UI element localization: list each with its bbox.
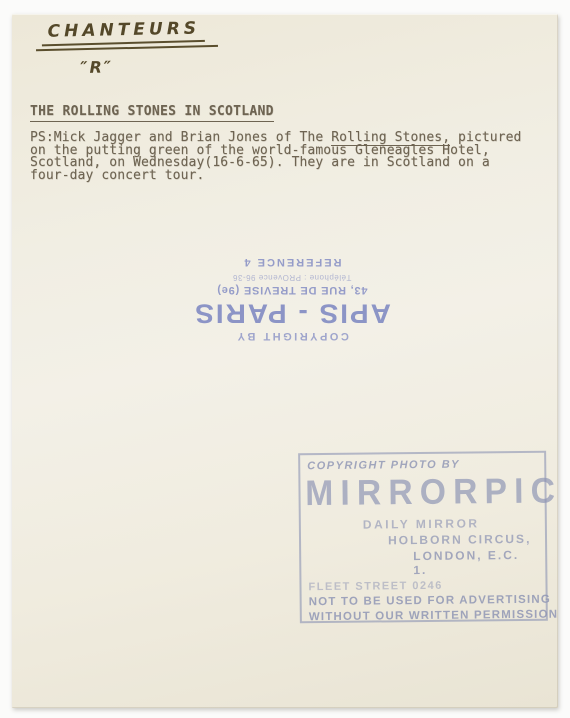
handwritten-note: CHANTEURS ″R″ <box>41 18 218 78</box>
mirrorpic-phone-line: FLEET STREET 0246 <box>308 579 538 593</box>
mirrorpic-org-line: DAILY MIRROR <box>363 516 538 532</box>
caption-line-4: four-day concert tour. <box>30 170 550 183</box>
apis-reference-line: REFERENCE 4 <box>172 256 412 268</box>
mirrorpic-notice-line-1: NOT TO BE USED FOR ADVERTISING <box>309 594 539 608</box>
caption-body: PS:Mick Jagger and Brian Jones of The Ro… <box>30 132 550 183</box>
mirrorpic-agency-name: MIRRORPIC <box>305 470 540 513</box>
apis-phone-line: Téléphone : PROvence 96-36 <box>172 273 412 282</box>
apis-address-line: 43, RUE DE TREVISE (9e) <box>172 284 412 296</box>
mirrorpic-address-line-2: LONDON, E.C. 1. <box>413 548 538 577</box>
mirrorpic-address-line-1: HOLBORN CIRCUS, <box>388 532 538 548</box>
apis-agency-name: APIS - PARIS <box>172 298 412 328</box>
typed-caption: THE ROLLING STONES IN SCOTLAND PS:Mick J… <box>30 106 550 183</box>
mirrorpic-stamp: COPYRIGHT PHOTO BY MIRRORPIC DAILY MIRRO… <box>298 451 548 624</box>
handwritten-category: CHANTEURS <box>41 18 217 42</box>
photo-back-paper: CHANTEURS ″R″ THE ROLLING STONES IN SCOT… <box>12 14 558 708</box>
apis-copyright-line: COPYRIGHT BY <box>172 330 412 342</box>
mirrorpic-notice-line-2: WITHOUT OUR WRITTEN PERMISSION <box>309 609 539 623</box>
handwritten-letter: ″R″ <box>80 55 218 77</box>
caption-title: THE ROLLING STONES IN SCOTLAND <box>30 106 274 122</box>
apis-paris-stamp: COPYRIGHT BY APIS - PARIS 43, RUE DE TRE… <box>172 256 412 342</box>
